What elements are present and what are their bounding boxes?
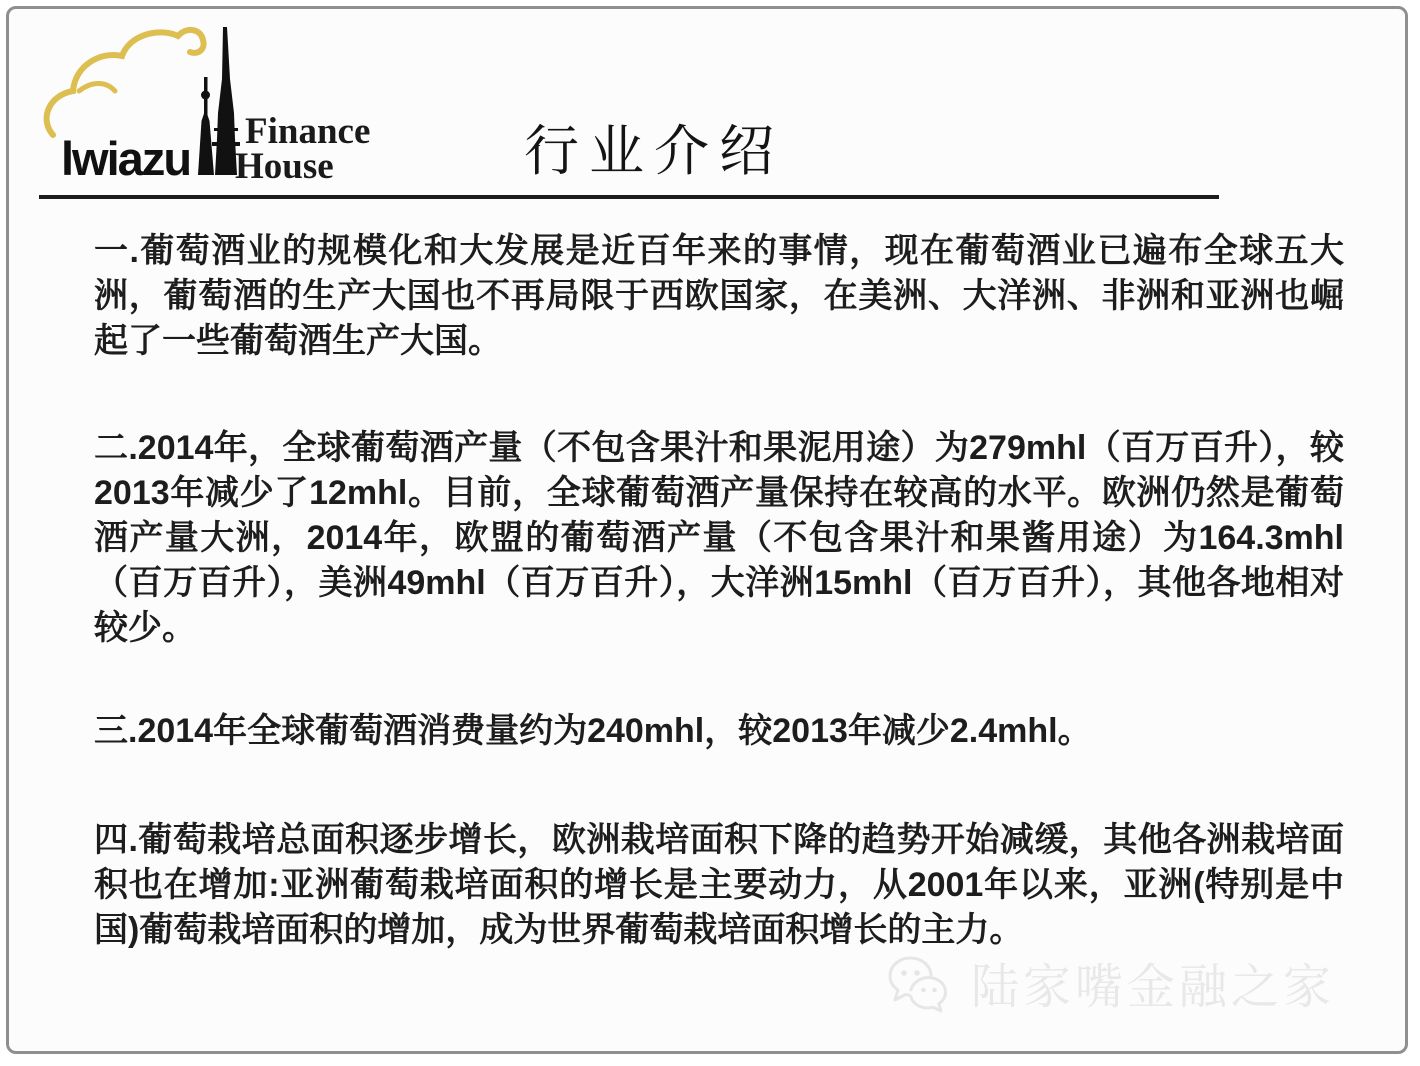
logo-graphic: lwiazu Finance House bbox=[37, 21, 382, 191]
wechat-icon bbox=[881, 950, 957, 1016]
logo-brand-text: lwiazu bbox=[61, 132, 190, 185]
paragraph-4: 四.葡萄栽培总面积逐步增长，欧洲栽培面积下降的趋势开始减缓，其他各洲栽培面积也在… bbox=[94, 818, 1344, 953]
skyline-icon: lwiazu bbox=[61, 27, 240, 185]
gold-cloud-icon bbox=[47, 30, 204, 135]
slide-body: 一.葡萄酒业的规模化和大发展是近百年来的事情，现在葡萄酒业已遍布全球五大洲，葡萄… bbox=[94, 229, 1344, 953]
logo-house-label: House bbox=[235, 146, 334, 187]
watermark: 陆家嘴金融之家 bbox=[881, 948, 1335, 1017]
watermark-text: 陆家嘴金融之家 bbox=[971, 948, 1335, 1017]
header-divider bbox=[39, 195, 1219, 199]
paragraph-3: 三.2014年全球葡萄酒消费量约为240mhl，较2013年减少2.4mhl。 bbox=[94, 709, 1344, 754]
logo-wordmark: Finance House bbox=[235, 111, 370, 187]
page-title: 行业介绍 bbox=[524, 107, 784, 186]
slide: lwiazu Finance House 行业介绍 一.葡萄酒业的规模化和大发展… bbox=[6, 6, 1408, 1054]
lujiazui-finance-house-logo: lwiazu Finance House bbox=[37, 21, 382, 193]
paragraph-1: 一.葡萄酒业的规模化和大发展是近百年来的事情，现在葡萄酒业已遍布全球五大洲，葡萄… bbox=[94, 229, 1344, 364]
paragraph-2: 二.2014年，全球葡萄酒产量（不包含果汁和果泥用途）为279mhl（百万百升）… bbox=[94, 426, 1344, 651]
